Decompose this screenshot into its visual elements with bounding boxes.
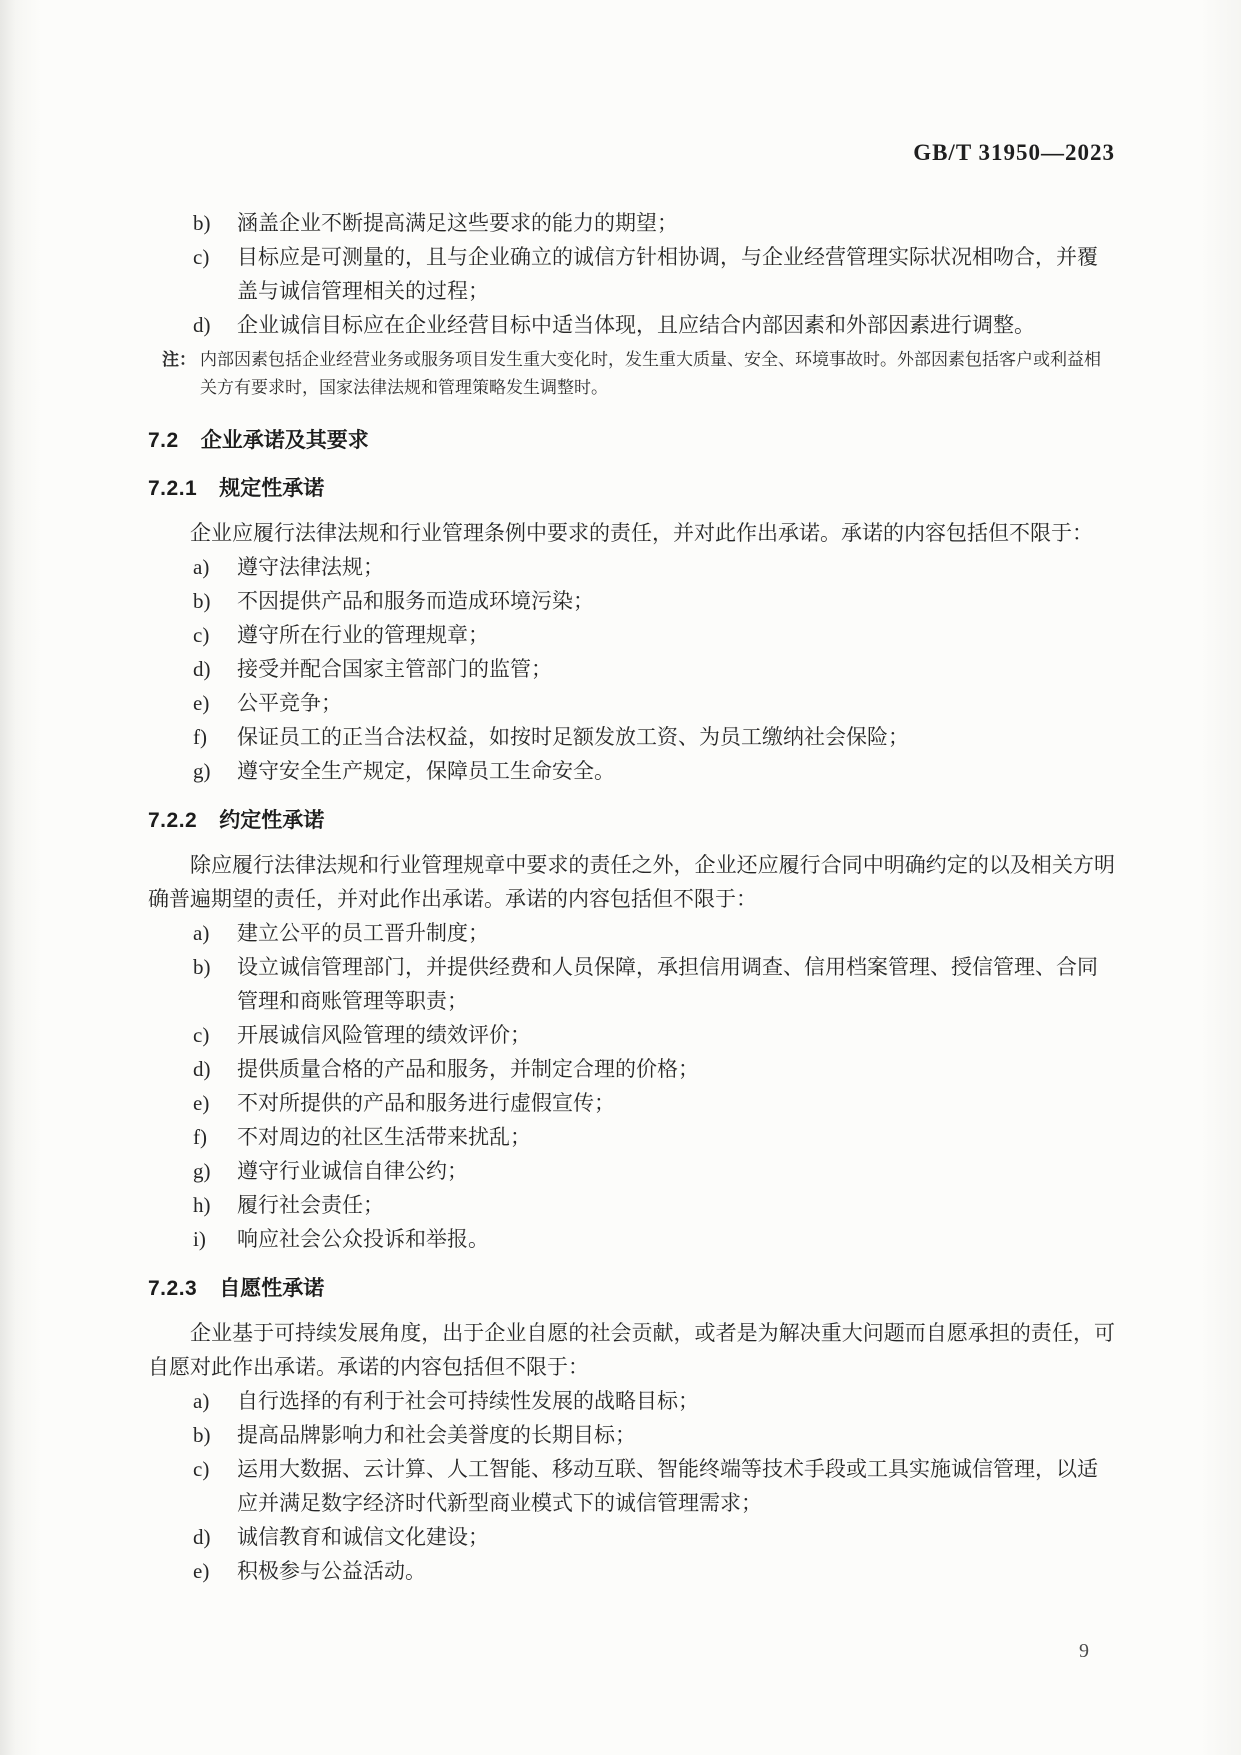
heading-title: 自愿性承诺 (219, 1274, 324, 1304)
heading-title: 规定性承诺 (219, 474, 324, 504)
item-label: d) (193, 1052, 237, 1086)
clause-list-7-1: b) 涵盖企业不断提高满足这些要求的能力的期望； c) 目标应是可测量的，且与企… (148, 206, 1115, 342)
item-text: 遵守法律法规； (237, 550, 1115, 584)
item-text: 运用大数据、云计算、人工智能、移动互联、智能终端等技术手段或工具实施诚信管理，以… (237, 1452, 1115, 1520)
item-text: 开展诚信风险管理的绩效评价； (237, 1018, 1115, 1052)
clause-paragraph-7-2-2: 除应履行法律法规和行业管理规章中要求的责任之外，企业还应履行合同中明确约定的以及… (148, 848, 1115, 916)
list-item: b) 不因提供产品和服务而造成环境污染； (148, 584, 1115, 618)
item-label: e) (193, 1086, 237, 1120)
item-label: d) (193, 308, 237, 342)
clause-list-7-2-1: a) 遵守法律法规； b) 不因提供产品和服务而造成环境污染； c) 遵守所在行… (148, 550, 1115, 788)
item-text: 保证员工的正当合法权益，如按时足额发放工资、为员工缴纳社会保险； (237, 720, 1115, 754)
item-text: 履行社会责任； (237, 1188, 1115, 1222)
item-label: b) (193, 584, 237, 618)
clause-paragraph-7-2-1: 企业应履行法律法规和行业管理条例中要求的责任，并对此作出承诺。承诺的内容包括但不… (148, 516, 1115, 550)
list-item: g) 遵守行业诚信自律公约； (148, 1154, 1115, 1188)
list-item: e) 不对所提供的产品和服务进行虚假宣传； (148, 1086, 1115, 1120)
list-item: i) 响应社会公众投诉和举报。 (148, 1222, 1115, 1256)
list-item: h) 履行社会责任； (148, 1188, 1115, 1222)
list-item: d) 提供质量合格的产品和服务，并制定合理的价格； (148, 1052, 1115, 1086)
clause-list-7-2-2: a) 建立公平的员工晋升制度； b) 设立诚信管理部门，并提供经费和人员保障，承… (148, 916, 1115, 1256)
item-text: 遵守安全生产规定，保障员工生命安全。 (237, 754, 1115, 788)
item-text: 不对所提供的产品和服务进行虚假宣传； (237, 1086, 1115, 1120)
item-text: 企业诚信目标应在企业经营目标中适当体现，且应结合内部因素和外部因素进行调整。 (237, 308, 1115, 342)
item-label: a) (193, 916, 237, 950)
item-label: c) (193, 1018, 237, 1052)
item-label: b) (193, 950, 237, 984)
page-header: GB/T 31950—2023 (148, 140, 1115, 166)
list-item: c) 运用大数据、云计算、人工智能、移动互联、智能终端等技术手段或工具实施诚信管… (148, 1452, 1115, 1520)
item-text: 建立公平的员工晋升制度； (237, 916, 1115, 950)
heading-number: 7.2.3 (148, 1274, 197, 1304)
list-item: b) 提高品牌影响力和社会美誉度的长期目标； (148, 1418, 1115, 1452)
item-label: e) (193, 686, 237, 720)
list-item: b) 涵盖企业不断提高满足这些要求的能力的期望； (148, 206, 1115, 240)
item-label: b) (193, 206, 237, 240)
heading-number: 7.2.1 (148, 474, 197, 504)
list-item: c) 遵守所在行业的管理规章； (148, 618, 1115, 652)
clause-list-7-2-3: a) 自行选择的有利于社会可持续性发展的战略目标； b) 提高品牌影响力和社会美… (148, 1384, 1115, 1588)
list-item: a) 遵守法律法规； (148, 550, 1115, 584)
heading-number: 7.2.2 (148, 806, 197, 836)
clause-paragraph-7-2-3: 企业基于可持续发展角度，出于企业自愿的社会贡献，或者是为解决重大问题而自愿承担的… (148, 1316, 1115, 1384)
heading-title: 企业承诺及其要求 (201, 426, 369, 456)
list-item: d) 企业诚信目标应在企业经营目标中适当体现，且应结合内部因素和外部因素进行调整… (148, 308, 1115, 342)
list-item: d) 接受并配合国家主管部门的监管； (148, 652, 1115, 686)
item-text: 不因提供产品和服务而造成环境污染； (237, 584, 1115, 618)
item-label: c) (193, 618, 237, 652)
page-number: 9 (148, 1634, 1115, 1668)
item-label: d) (193, 652, 237, 686)
item-text: 目标应是可测量的，且与企业确立的诚信方针相协调，与企业经营管理实际状况相吻合，并… (237, 240, 1115, 308)
item-text: 公平竞争； (237, 686, 1115, 720)
item-text: 遵守所在行业的管理规章； (237, 618, 1115, 652)
note-text: 内部因素包括企业经营业务或服务项目发生重大变化时，发生重大质量、安全、环境事故时… (200, 346, 1115, 402)
section-heading-7-2: 7.2 企业承诺及其要求 (148, 426, 1115, 456)
item-text: 积极参与公益活动。 (237, 1554, 1115, 1588)
item-text: 接受并配合国家主管部门的监管； (237, 652, 1115, 686)
item-label: f) (193, 720, 237, 754)
list-item: a) 自行选择的有利于社会可持续性发展的战略目标； (148, 1384, 1115, 1418)
section-heading-7-2-1: 7.2.1 规定性承诺 (148, 474, 1115, 504)
heading-number: 7.2 (148, 426, 179, 456)
list-item: g) 遵守安全生产规定，保障员工生命安全。 (148, 754, 1115, 788)
list-item: c) 开展诚信风险管理的绩效评价； (148, 1018, 1115, 1052)
list-item: e) 公平竞争； (148, 686, 1115, 720)
item-text: 涵盖企业不断提高满足这些要求的能力的期望； (237, 206, 1115, 240)
item-text: 遵守行业诚信自律公约； (237, 1154, 1115, 1188)
item-label: e) (193, 1554, 237, 1588)
item-text: 提高品牌影响力和社会美誉度的长期目标； (237, 1418, 1115, 1452)
list-item: f) 保证员工的正当合法权益，如按时足额发放工资、为员工缴纳社会保险； (148, 720, 1115, 754)
section-heading-7-2-2: 7.2.2 约定性承诺 (148, 806, 1115, 836)
note-label: 注： (162, 346, 200, 402)
item-label: a) (193, 550, 237, 584)
standard-code: GB/T 31950—2023 (913, 140, 1115, 165)
item-label: i) (193, 1222, 237, 1256)
document-page: GB/T 31950—2023 b) 涵盖企业不断提高满足这些要求的能力的期望；… (0, 0, 1241, 1755)
item-label: c) (193, 240, 237, 274)
item-text: 提供质量合格的产品和服务，并制定合理的价格； (237, 1052, 1115, 1086)
list-item: a) 建立公平的员工晋升制度； (148, 916, 1115, 950)
list-item: b) 设立诚信管理部门，并提供经费和人员保障，承担信用调查、信用档案管理、授信管… (148, 950, 1115, 1018)
item-text: 自行选择的有利于社会可持续性发展的战略目标； (237, 1384, 1115, 1418)
item-label: h) (193, 1188, 237, 1222)
list-item: d) 诚信教育和诚信文化建设； (148, 1520, 1115, 1554)
section-heading-7-2-3: 7.2.3 自愿性承诺 (148, 1274, 1115, 1304)
item-label: f) (193, 1120, 237, 1154)
list-item: c) 目标应是可测量的，且与企业确立的诚信方针相协调，与企业经营管理实际状况相吻… (148, 240, 1115, 308)
list-item: f) 不对周边的社区生活带来扰乱； (148, 1120, 1115, 1154)
item-text: 响应社会公众投诉和举报。 (237, 1222, 1115, 1256)
item-label: b) (193, 1418, 237, 1452)
item-label: d) (193, 1520, 237, 1554)
item-label: c) (193, 1452, 237, 1486)
item-text: 诚信教育和诚信文化建设； (237, 1520, 1115, 1554)
item-label: g) (193, 1154, 237, 1188)
list-item: e) 积极参与公益活动。 (148, 1554, 1115, 1588)
note-block: 注： 内部因素包括企业经营业务或服务项目发生重大变化时，发生重大质量、安全、环境… (162, 346, 1115, 402)
item-text: 设立诚信管理部门，并提供经费和人员保障，承担信用调查、信用档案管理、授信管理、合… (237, 950, 1115, 1018)
item-label: a) (193, 1384, 237, 1418)
item-label: g) (193, 754, 237, 788)
item-text: 不对周边的社区生活带来扰乱； (237, 1120, 1115, 1154)
heading-title: 约定性承诺 (219, 806, 324, 836)
